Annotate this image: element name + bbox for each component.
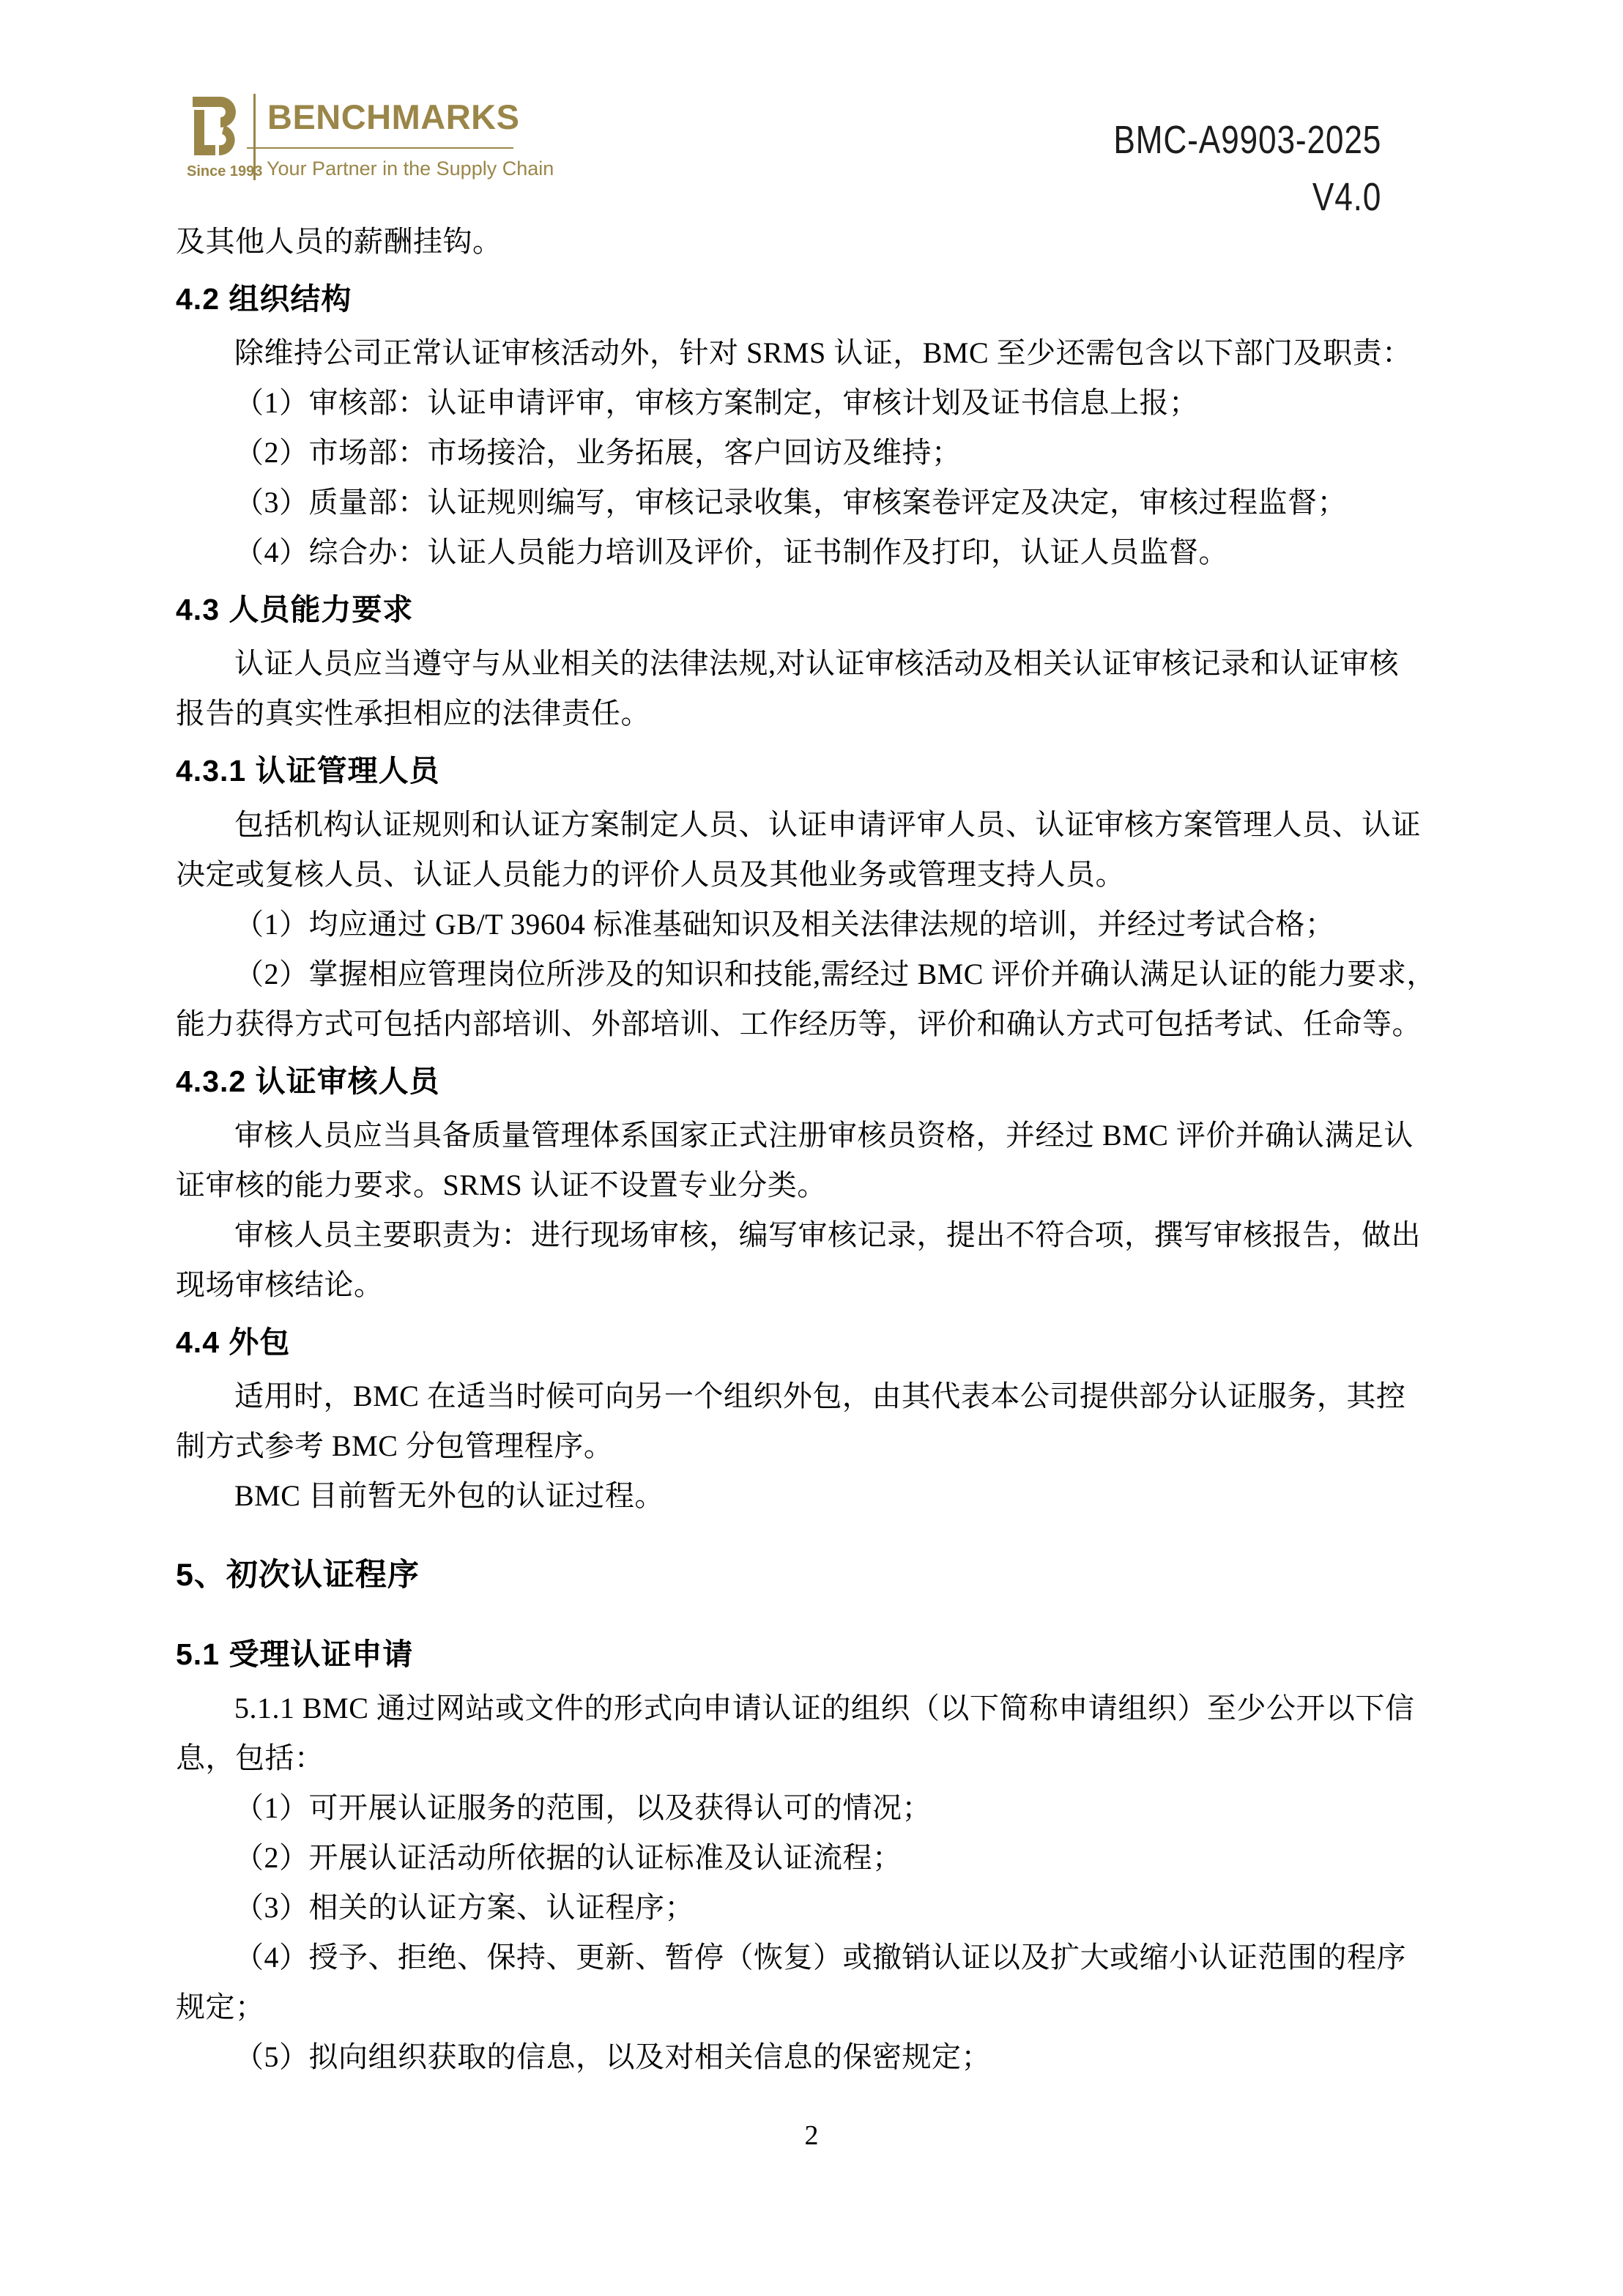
list-item: （3）质量部：认证规则编写，审核记录收集，审核案卷评定及决定，审核过程监督； [176, 478, 1450, 527]
paragraph-line: 适用时，BMC 在适当时候可向另一个组织外包，由其代表本公司提供部分认证服务，其… [176, 1371, 1450, 1421]
sub-heading: 4.4 外包 [176, 1317, 1450, 1367]
list-item: （1）审核部：认证申请评审，审核方案制定，审核计划及证书信息上报； [176, 378, 1450, 428]
sub-heading: 5.1 受理认证申请 [176, 1629, 1450, 1679]
paragraph-line: 规定； [176, 1982, 1450, 2032]
paragraph-line: 认证人员应当遵守与从业相关的法律法规,对认证审核活动及相关认证审核记录和认证审核 [176, 639, 1450, 689]
list-item: （3）相关的认证方案、认证程序； [176, 1883, 1450, 1933]
list-item: （4）授予、拒绝、保持、更新、暂停（恢复）或撤销认证以及扩大或缩小认证范围的程序 [176, 1933, 1450, 1982]
paragraph-line: 5.1.1 BMC 通过网站或文件的形式向申请认证的组织（以下简称申请组织）至少… [176, 1684, 1450, 1733]
paragraph-line: BMC 目前暂无外包的认证过程。 [176, 1471, 1450, 1521]
paragraph-line: 制方式参考 BMC 分包管理程序。 [176, 1421, 1450, 1471]
logo-since-text: Since 1993 [187, 163, 241, 180]
paragraph-line: 审核人员主要职责为：进行现场审核，编写审核记录，提出不符合项，撰写审核报告，做出 [176, 1210, 1450, 1260]
sub-heading: 4.3 人员能力要求 [176, 585, 1450, 634]
sub-heading: 4.3.2 认证审核人员 [176, 1056, 1450, 1106]
logo-underline [247, 147, 513, 149]
paragraph-line: 报告的真实性承担相应的法律责任。 [176, 689, 1450, 738]
list-item: （4）综合办：认证人员能力培训及评价，证书制作及打印，认证人员监督。 [176, 527, 1450, 577]
list-item: （2）市场部：市场接洽，业务拓展，客户回访及维持； [176, 428, 1450, 478]
sub-heading: 4.3.1 认证管理人员 [176, 746, 1450, 796]
benchmarks-logo-icon [188, 94, 237, 157]
list-item: （1）均应通过 GB/T 39604 标准基础知识及相关法律法规的培训，并经过考… [176, 900, 1450, 949]
logo-tagline: Your Partner in the Supply Chain [267, 158, 554, 180]
list-item: （2）掌握相应管理岗位所涉及的知识和技能,需经过 BMC 评价并确认满足认证的能… [176, 949, 1450, 999]
doc-number: BMC-A9903-2025 [1113, 111, 1381, 169]
header-meta: BMC-A9903-2025 V4.0 [1113, 111, 1381, 226]
paragraph-line: 审核人员应当具备质量管理体系国家正式注册审核员资格，并经过 BMC 评价并确认满… [176, 1111, 1450, 1160]
paragraph-line: 及其他人员的薪酬挂钩。 [176, 217, 1450, 267]
paragraph-line: 现场审核结论。 [176, 1260, 1450, 1310]
page-number: 2 [0, 2119, 1623, 2152]
logo-divider [253, 94, 256, 180]
paragraph-line: 能力获得方式可包括内部培训、外部培训、工作经历等，评价和确认方式可包括考试、任命… [176, 999, 1450, 1049]
paragraph-line: 息，包括： [176, 1733, 1450, 1783]
logo-company-name: BENCHMARKS [267, 97, 519, 137]
section-heading: 5、初次认证程序 [176, 1550, 1450, 1600]
document-body: 及其他人员的薪酬挂钩。4.2 组织结构除维持公司正常认证审核活动外，针对 SRM… [176, 217, 1450, 2082]
list-item: （5）拟向组织获取的信息，以及对相关信息的保密规定； [176, 2032, 1450, 2082]
sub-heading: 4.2 组织结构 [176, 274, 1450, 324]
list-item: （2）开展认证活动所依据的认证标准及认证流程； [176, 1833, 1450, 1883]
paragraph-line: 证审核的能力要求。SRMS 认证不设置专业分类。 [176, 1160, 1450, 1210]
paragraph-line: 除维持公司正常认证审核活动外，针对 SRMS 认证，BMC 至少还需包含以下部门… [176, 328, 1450, 378]
list-item: （1）可开展认证服务的范围，以及获得认可的情况； [176, 1783, 1450, 1833]
paragraph-line: 包括机构认证规则和认证方案制定人员、认证申请评审人员、认证审核方案管理人员、认证 [176, 800, 1450, 850]
paragraph-line: 决定或复核人员、认证人员能力的评价人员及其他业务或管理支持人员。 [176, 850, 1450, 900]
document-page: Since 1993 BENCHMARKS Your Partner in th… [0, 0, 1623, 2296]
benchmarks-logo: Since 1993 BENCHMARKS Your Partner in th… [188, 92, 525, 184]
